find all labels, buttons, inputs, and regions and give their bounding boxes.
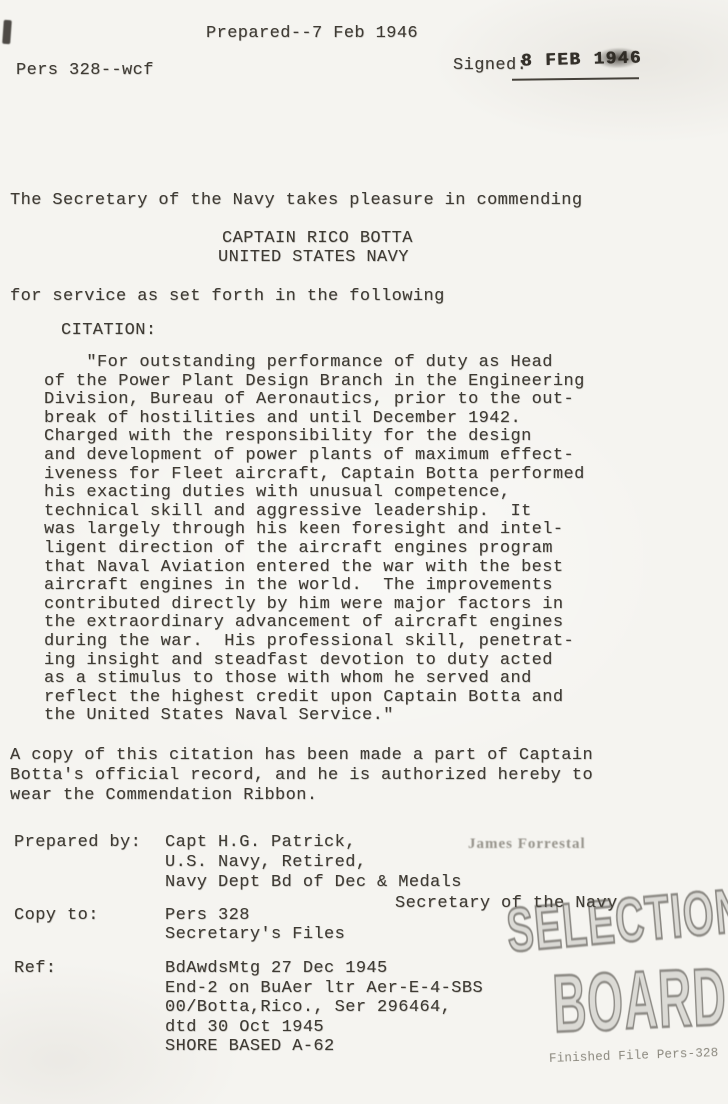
prepared-by-details: Capt H.G. Patrick, U.S. Navy, Retired, N… [165,833,462,893]
ref-label: Ref: [14,959,56,979]
copy-to-list: Pers 328 Secretary's Files [165,906,345,944]
record-paragraph: A copy of this citation has been made a … [10,746,593,806]
prepared-by-label: Prepared by: [14,833,141,853]
document-page: Prepared--7 Feb 1946 Pers 328--wcf Signe… [0,0,728,1104]
ref-list: BdAwdsMtg 27 Dec 1945 End-2 on BuAer ltr… [165,959,483,1057]
scanner-edge-mark [2,20,12,44]
copy-to-label: Copy to: [14,906,99,926]
signed-underline [512,77,639,81]
signature-name-stamp: James Forrestal [468,836,586,853]
recipient-service: UNITED STATES NAVY [218,248,409,268]
service-line: for service as set forth in the followin… [10,287,445,307]
signed-label: Signed: [453,56,527,76]
prepared-date-line: Prepared--7 Feb 1946 [206,24,418,44]
stamp-word-board: BOARD [551,950,728,1051]
file-reference: Pers 328--wcf [16,61,154,81]
ink-smudge [596,47,637,68]
citation-body: "For outstanding performance of duty as … [44,354,585,726]
citation-heading: CITATION: [61,321,156,341]
commendation-intro: The Secretary of the Navy takes pleasure… [10,191,583,211]
recipient-name: CAPTAIN RICO BOTTA [222,229,413,249]
